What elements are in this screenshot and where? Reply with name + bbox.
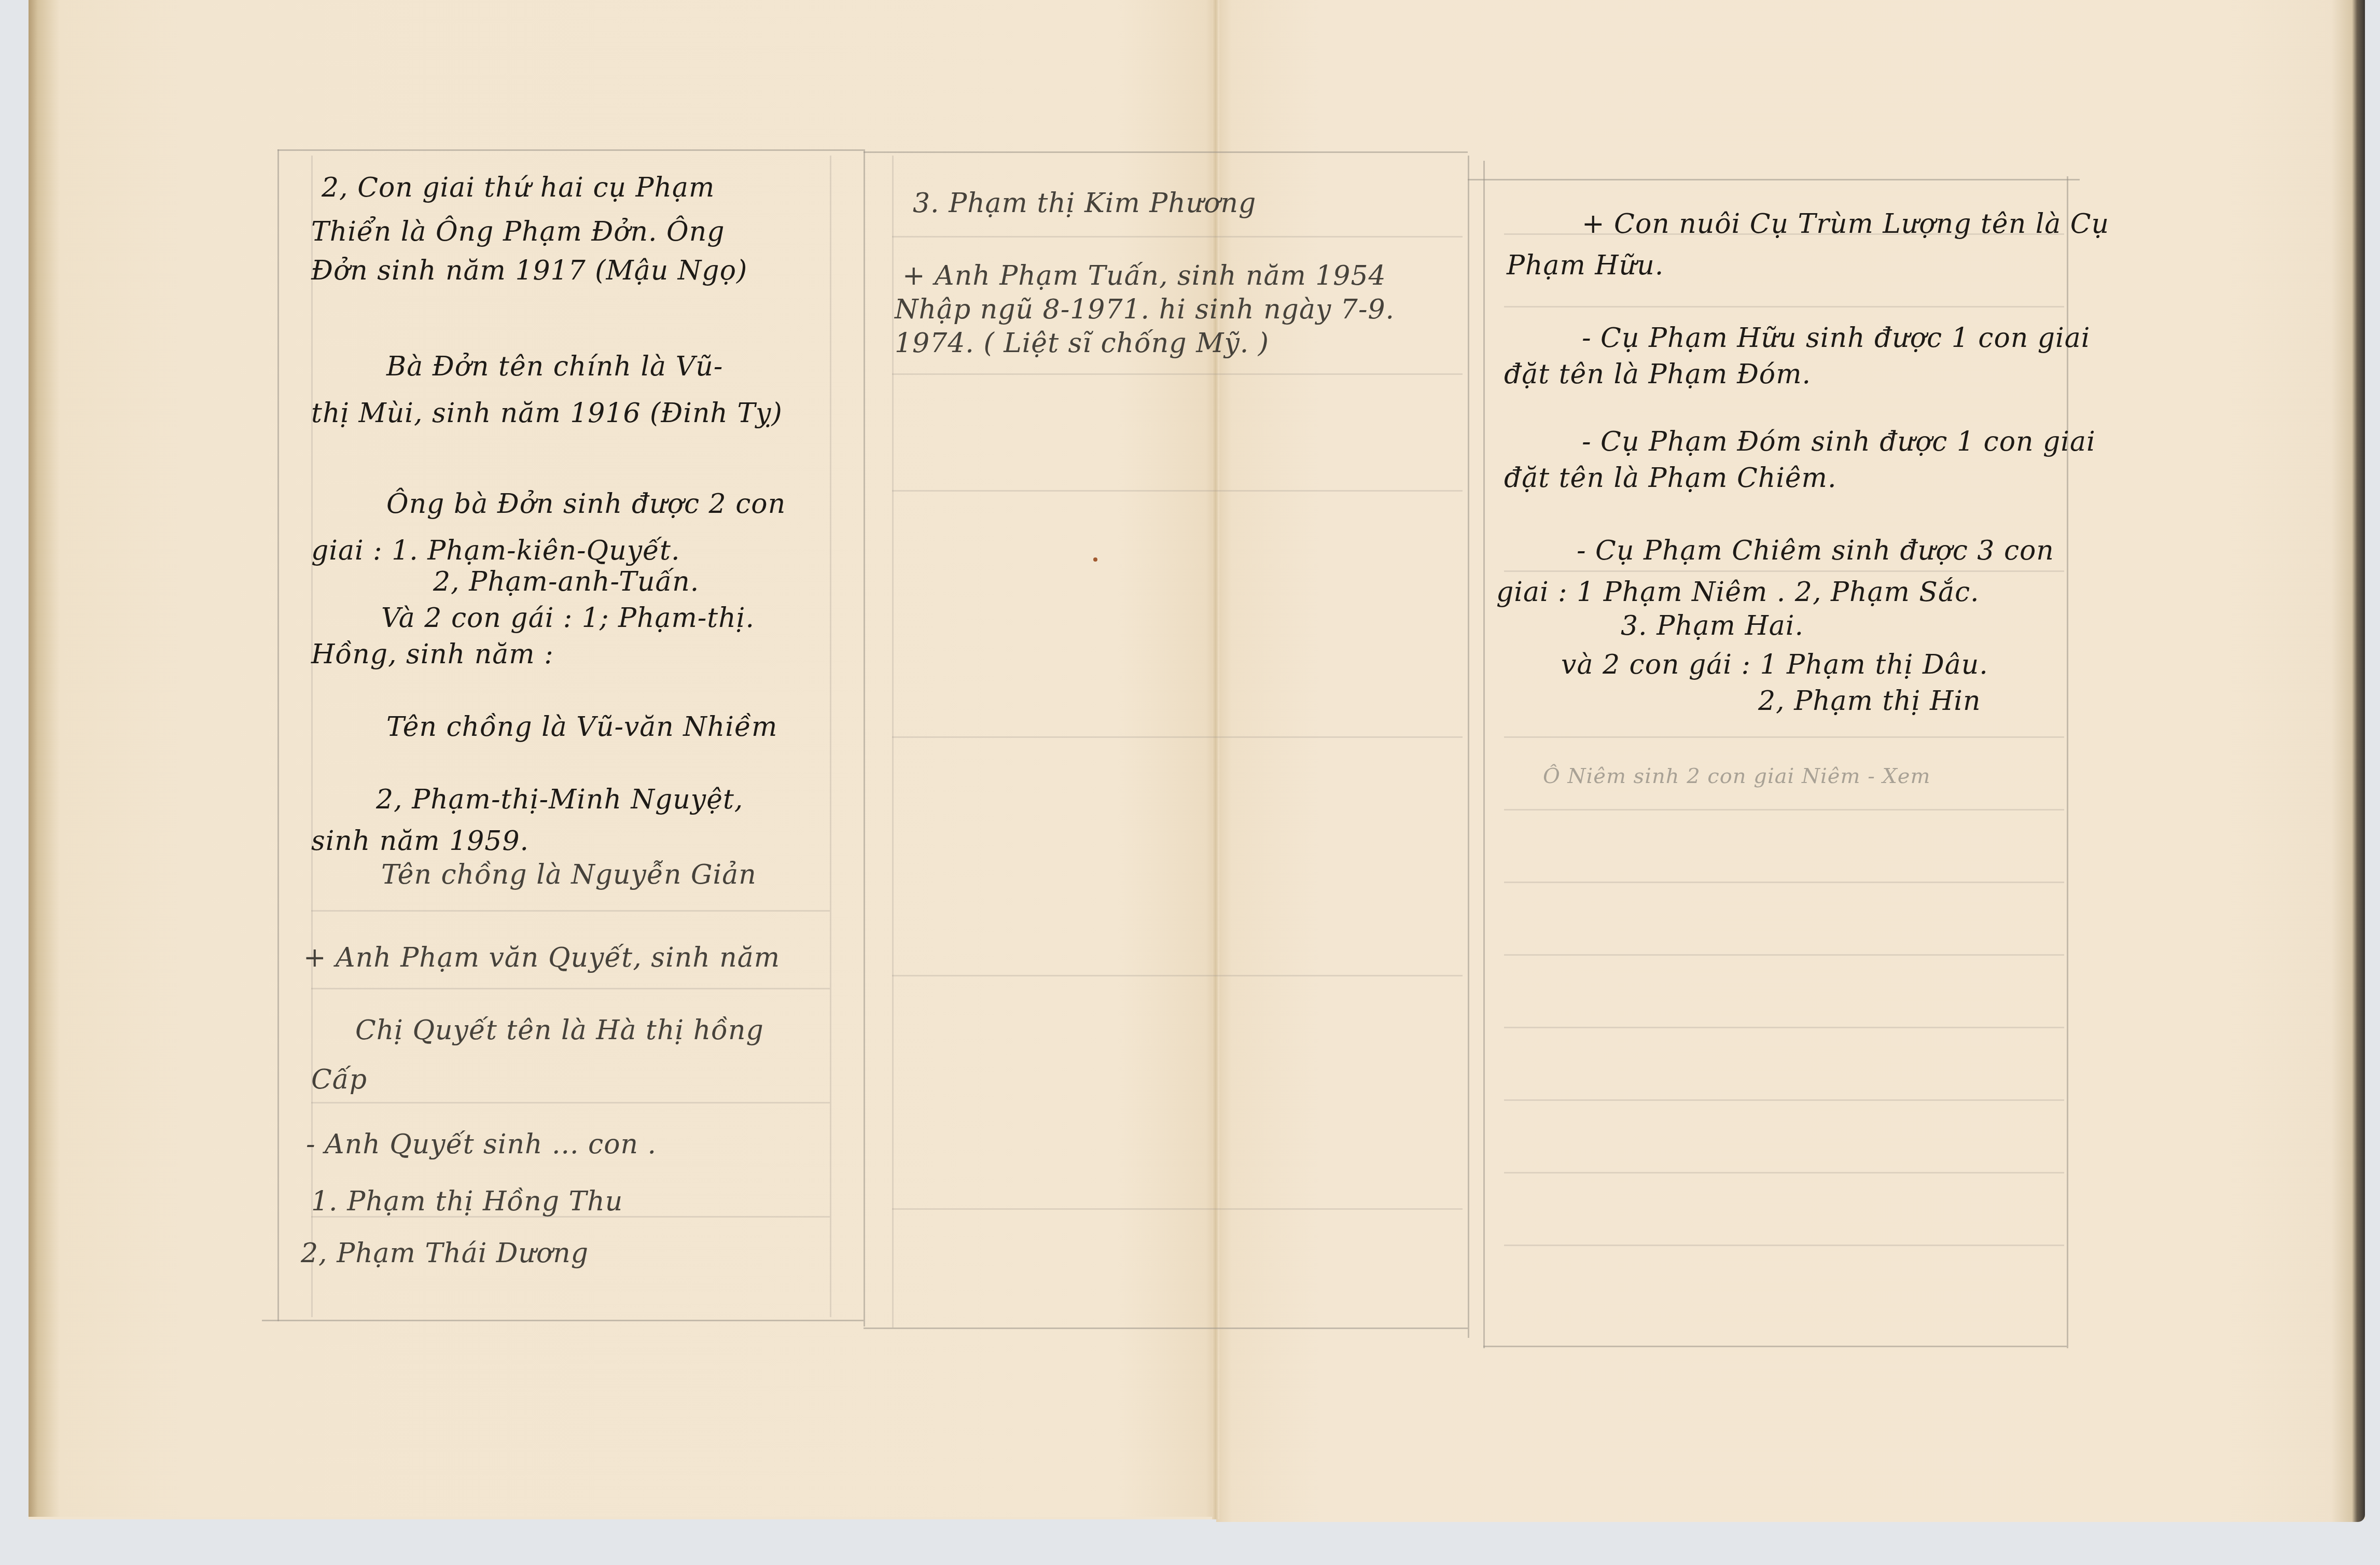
daughter-nguyet-line3: Tên chồng là Nguyễn Giản [381, 858, 757, 891]
tuan-line1: + Anh Phạm Tuấn, sinh năm 1954 [902, 259, 1386, 292]
entry-don-line2: Thiển là Ông Phạm Đởn. Ông [311, 215, 725, 248]
huu-line1: - Cụ Phạm Hữu sinh được 1 con giai [1582, 322, 2090, 355]
ink-spot [1093, 557, 1097, 562]
quyet-children-line2: 1. Phạm thị Hồng Thu [311, 1185, 623, 1218]
book-gutter [1212, 0, 1219, 1519]
children-don-line1: Ông bà Đởn sinh được 2 con [386, 487, 786, 521]
quyet-children-line3: 2, Phạm Thái Dương [301, 1237, 589, 1270]
quyet-line1: + Anh Phạm văn Quyết, sinh năm [303, 941, 780, 974]
quyet-line3: Cấp [311, 1063, 367, 1096]
children-don-line5: Hồng, sinh năm : [311, 638, 554, 671]
chiem-line5: 2, Phạm thị Hin [1758, 684, 1981, 718]
daughter-nguyet-line2: sinh năm 1959. [311, 825, 529, 858]
heading-kim-phuong: 3. Phạm thị Kim Phương [913, 187, 1256, 220]
daughter-nguyet-line1: 2, Phạm-thị-Minh Nguyệt, [376, 783, 743, 816]
adopted-line1: + Con nuôi Cụ Trùm Lượng tên là Cụ [1582, 207, 2109, 241]
tuan-line2: Nhập ngũ 8-1971. hi sinh ngày 7-9. [895, 293, 1395, 326]
tuan-line3: 1974. ( Liệt sĩ chống Mỹ. ) [895, 327, 1269, 360]
dom-line1: - Cụ Phạm Đóm sinh được 1 con giai [1582, 425, 2096, 458]
children-don-line3: 2, Phạm-anh-Tuấn. [433, 565, 699, 598]
huu-line2: đặt tên là Phạm Đóm. [1504, 358, 1811, 391]
children-don-line2: giai : 1. Phạm-kiên-Quyết. [311, 534, 680, 567]
wife-don-line2: thị Mùi, sinh năm 1916 (Đinh Tỵ) [311, 397, 783, 430]
chiem-line3: 3. Phạm Hai. [1621, 609, 1804, 642]
entry-don-line1: 2, Con giai thứ hai cụ Phạm [322, 171, 715, 204]
chiem-line2: giai : 1 Phạm Niêm . 2, Phạm Sắc. [1496, 576, 1980, 609]
wife-don-line1: Bà Đởn tên chính là Vũ- [386, 350, 723, 383]
quyet-children-line1: - Anh Quyết sinh ... con . [306, 1128, 657, 1161]
adopted-line2: Phạm Hữu. [1507, 249, 1664, 282]
dom-line2: đặt tên là Phạm Chiêm. [1504, 462, 1836, 495]
pencil-note: Ô Niêm sinh 2 con giai Niêm - Xem [1543, 760, 1930, 793]
entry-don-line3: Đởn sinh năm 1917 (Mậu Ngọ) [311, 254, 747, 287]
children-don-line4: Và 2 con gái : 1; Phạm-thị. [381, 602, 755, 635]
quyet-line2: Chị Quyết tên là Hà thị hồng [355, 1014, 764, 1047]
chiem-line1: - Cụ Phạm Chiêm sinh được 3 con [1577, 534, 2054, 567]
husband-hong: Tên chồng là Vũ-văn Nhiềm [386, 710, 777, 744]
chiem-line4: và 2 con gái : 1 Phạm thị Dâu. [1561, 648, 1988, 681]
